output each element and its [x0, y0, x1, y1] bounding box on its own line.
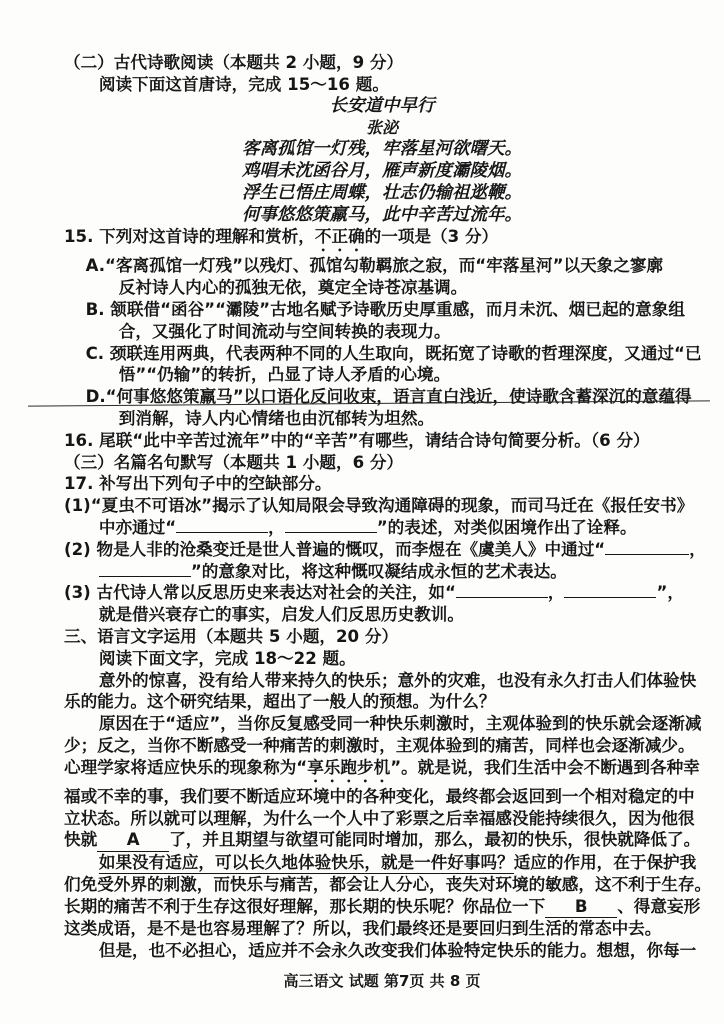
q17-fill3-line1: (3) 古代诗人常以反思历史来表达对社会的关注，如“，”， — [64, 582, 700, 604]
passage-p3-line4: 这类成语，是不是也容易理解了？所以，我们最终还是要回归到生活的常态中去。 — [64, 918, 700, 940]
fill2-sep: ， — [689, 540, 706, 559]
hedonic-treadmill-emphasis: 享乐跑步机 — [307, 758, 390, 777]
poetry-intro: 阅读下面这首唐诗，完成 15～16 题。 — [64, 74, 700, 96]
q15-stem-pre: 15. 下列对这首诗的理解和赏析， — [64, 227, 315, 246]
p2l3-pre: 心理学家将适应快乐的现象称为“ — [64, 758, 307, 777]
labeled-blank-a: A — [97, 829, 169, 852]
q17-fill3-line2: 就是借兴衰存亡的事实，启发人们反思历史教训。 — [64, 604, 700, 626]
answer-blank — [176, 530, 268, 533]
q17-fill2-line2: ”的意象对比，将这种慨叹凝结成永恒的艺术表达。 — [64, 561, 700, 583]
q15-option-a-line2: 反衬诗人内心的孤独无依，奠定全诗苍凉基调。 — [64, 277, 700, 299]
q15-option-b-line2: 合，又强化了时间流动与空间转换的表现力。 — [64, 321, 700, 343]
fill2-post: ”的意象对比，将这种慨叹凝结成永恒的艺术表达。 — [191, 562, 567, 581]
page-footer: 高三语文 试题 第7页 共 8 页 — [64, 971, 700, 993]
passage-p2-line1: 原因在于“适应”，当你反复感受同一种快乐刺激时，主观体验到的快乐就会逐渐减 — [64, 713, 700, 735]
section-dictation-heading: （三）名篇名句默写（本题共 1 小题，6 分） — [64, 452, 700, 474]
passage-p3-line3: 长期的痛苦不利于生存这很好理解，那长期的快乐呢？你品位一下B、得意妄形 — [64, 896, 700, 919]
exam-paper-page: （二）古代诗歌阅读（本题共 2 小题，9 分） 阅读下面这首唐诗，完成 15～1… — [0, 0, 724, 1024]
q15-option-c-line2: 悟”“仍输”的转折，凸显了诗人矛盾的心境。 — [64, 364, 700, 386]
p2l6-post: 了，并且期望与欲望可能同时增加，那么，最初的快乐，很快就降低了。 — [169, 830, 700, 849]
passage-p2-line6: 快就A了，并且期望与欲望可能同时增加，那么，最初的快乐，很快就降低了。 — [64, 829, 700, 852]
fill2-pre: (2) 物是人非的沧桑变迁是世人普遍的慨叹，而李煜在《虞美人》中通过“ — [64, 540, 605, 559]
q15-option-d-line2: 到消解，诗人内心情绪也由沉郁转为坦然。 — [64, 408, 700, 430]
underlined-sentence: 如果没有适应，可以长久地体验快乐，就是一件好事吗？ — [99, 853, 514, 874]
answer-blank — [285, 530, 377, 533]
fill3-post: ”， — [656, 583, 684, 602]
answer-blank — [99, 574, 191, 577]
passage-p2-line5: 立状态。所以就可以理解，为什么一个人中了彩票之后幸福感没能持续很久，因为他很 — [64, 808, 700, 830]
q15-option-a-line1: A.“客离孤馆一灯残”以残灯、孤馆勾勒羁旅之寂，而“牢落星河”以天象之寥廓 — [64, 255, 700, 277]
poem-line: 客离孤馆一灯残，牢落星河欲曙天。 — [64, 139, 700, 161]
p3l1-post: 适应的作用，在于保护我 — [514, 853, 697, 872]
answer-blank — [605, 552, 689, 555]
answer-blank — [564, 595, 656, 598]
question-15-stem: 15. 下列对这首诗的理解和赏析，不正确的一项是（3 分） — [64, 226, 700, 255]
fill1-sep: ， — [268, 518, 285, 537]
p2l6-pre: 快就 — [64, 830, 97, 849]
passage-p3-line1: 如果没有适应，可以长久地体验快乐，就是一件好事吗？适应的作用，在于保护我 — [64, 852, 700, 874]
q17-fill2-line1: (2) 物是人非的沧桑变迁是世人普遍的慨叹，而李煜在《虞美人》中通过“， — [64, 539, 700, 561]
poem-author: 张泌 — [64, 117, 700, 139]
language-intro: 阅读下面文字，完成 18～22 题。 — [64, 648, 700, 670]
passage-p1-line2: 乐的能力。这个研究结果，超出了一般人的预想。为什么？ — [64, 691, 700, 713]
q15-option-c-line1: C. 颈联连用两典，代表两种不同的人生取向，既拓宽了诗歌的哲理深度，又通过“已 — [64, 343, 700, 365]
question-17-stem: 17. 补写出下列句子中的空缺部分。 — [64, 473, 700, 495]
poem-line: 何事悠悠策羸马，此中辛苦过流年。 — [64, 205, 700, 227]
fill1-post: ”的表述，对类似困境作出了诠释。 — [377, 518, 637, 537]
p3l3-pre: 长期的痛苦不利于生存这很好理解，那长期的快乐呢？你品位一下 — [64, 897, 545, 916]
passage-p3-line2: 们免受外界的刺激，而快乐与痛苦，都会让人分心，丧失对环境的敏感，这不利于生存。 — [64, 874, 700, 896]
p3l3-post: 、得意妄形 — [617, 897, 700, 916]
q15-option-b-line1: B. 颔联借“函谷”“灞陵”古地名赋予诗歌历史厚重感，而月未沉、烟已起的意象组 — [64, 299, 700, 321]
q15-stem-emphasis: 不正确 — [315, 227, 365, 246]
poem-line: 浮生已悟庄周蝶，壮志仍输祖逖鞭。 — [64, 183, 700, 205]
fill3-pre: (3) 古代诗人常以反思历史来表达对社会的关注，如“ — [64, 583, 456, 602]
poem-line: 鸡唱未沈函谷月，雁声新度灞陵烟。 — [64, 161, 700, 183]
question-16: 16. 尾联“此中辛苦过流年”中的“辛苦”有哪些，请结合诗句简要分析。（6 分） — [64, 430, 700, 452]
section-language-heading: 三、语言文字运用（本题共 5 小题，20 分） — [64, 626, 700, 648]
fill3-sep: ， — [548, 583, 565, 602]
labeled-blank-b: B — [545, 896, 617, 919]
passage-p2-line4: 福或不幸的事，我们要不断适应环境中的各种变化，最终都会返回到一个相对稳定的中 — [64, 786, 700, 808]
passage-p2-line2: 少；反之，当你不断感受一种痛苦的刺激时，主观体验到的痛苦，同样也会逐渐减少。 — [64, 735, 700, 757]
q15-stem-post: 的一项是（3 分） — [365, 227, 498, 246]
p2l3-post: ”。就是说，我们生活中会不断遇到各种幸 — [390, 758, 700, 777]
passage-p4-line1: 但是，也不必担心，适应并不会永久改变我们体验特定快乐的能力。想想，你每一 — [64, 940, 700, 962]
poem-title: 长安道中早行 — [64, 96, 700, 118]
fill1-pre: 中亦通过“ — [99, 518, 176, 537]
q17-fill1-line2: 中亦通过“，”的表述，对类似困境作出了诠释。 — [64, 517, 700, 539]
section-poetry-heading: （二）古代诗歌阅读（本题共 2 小题，9 分） — [64, 52, 700, 74]
q17-fill1-line1: (1)“夏虫不可语冰”揭示了认知局限会导致沟通障碍的现象，而司马迁在《报任安书》 — [64, 495, 700, 517]
answer-blank — [456, 595, 548, 598]
passage-p1-line1: 意外的惊喜，没有给人带来持久的快乐；意外的灾难，也没有永久打击人们体验快 — [64, 670, 700, 692]
passage-p2-line3: 心理学家将适应快乐的现象称为“享乐跑步机”。就是说，我们生活中会不断遇到各种幸 — [64, 757, 700, 786]
